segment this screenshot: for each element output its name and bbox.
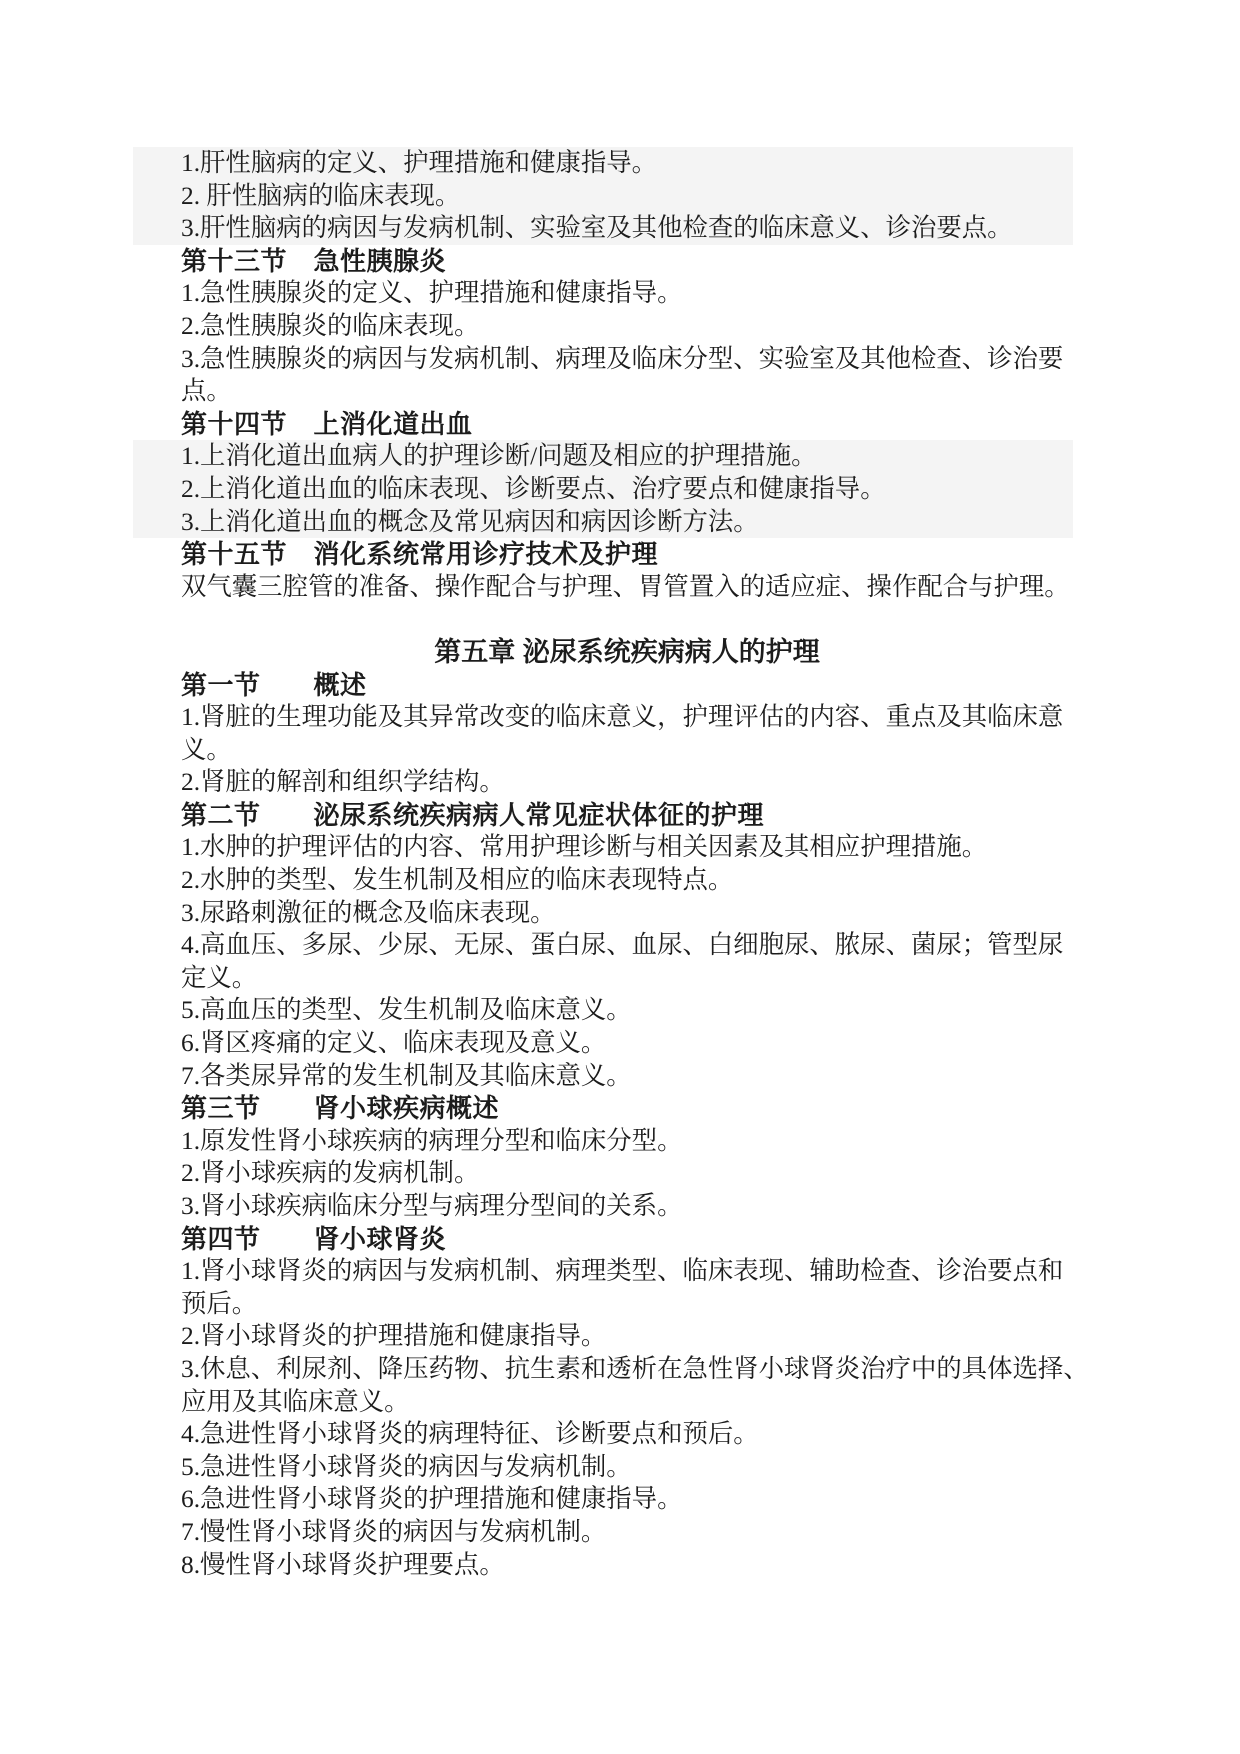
body-line: 1.急性胰腺炎的定义、护理措施和健康指导。 <box>133 277 1073 310</box>
section-heading: 第一节 概述 <box>133 669 1073 702</box>
body-line: 4.急进性肾小球肾炎的病理特征、诊断要点和预后。 <box>133 1418 1073 1451</box>
body-line: 义。 <box>133 734 1073 767</box>
body-line: 3.急性胰腺炎的病因与发病机制、病理及临床分型、实验室及其他检查、诊治要 <box>133 343 1073 376</box>
body-line: 2.肾小球肾炎的护理措施和健康指导。 <box>133 1320 1073 1353</box>
body-line: 3.肝性脑病的病因与发病机制、实验室及其他检查的临床意义、诊治要点。 <box>133 212 1073 245</box>
body-line: 1.肾小球肾炎的病因与发病机制、病理类型、临床表现、辅助检查、诊治要点和 <box>133 1255 1073 1288</box>
body-line: 双气囊三腔管的准备、操作配合与护理、胃管置入的适应症、操作配合与护理。 <box>133 571 1073 604</box>
section-heading: 第三节 肾小球疾病概述 <box>133 1092 1073 1125</box>
section-heading: 第四节 肾小球肾炎 <box>133 1223 1073 1256</box>
body-line: 1.上消化道出血病人的护理诊断/问题及相应的护理措施。 <box>133 440 1073 473</box>
body-line: 2. 肝性脑病的临床表现。 <box>133 180 1073 213</box>
body-line: 2.上消化道出血的临床表现、诊断要点、治疗要点和健康指导。 <box>133 473 1073 506</box>
body-line: 1.肾脏的生理功能及其异常改变的临床意义，护理评估的内容、重点及其临床意 <box>133 701 1073 734</box>
body-line: 3.休息、利尿剂、降压药物、抗生素和透析在急性肾小球肾炎治疗中的具体选择、 <box>133 1353 1073 1386</box>
body-line: 7.各类尿异常的发生机制及其临床意义。 <box>133 1060 1073 1093</box>
body-line: 1.水肿的护理评估的内容、常用护理诊断与相关因素及其相应护理措施。 <box>133 831 1073 864</box>
body-line: 2.急性胰腺炎的临床表现。 <box>133 310 1073 343</box>
document-page: 1.肝性脑病的定义、护理措施和健康指导。2. 肝性脑病的临床表现。3.肝性脑病的… <box>0 0 1240 1754</box>
text-column: 1.肝性脑病的定义、护理措施和健康指导。2. 肝性脑病的临床表现。3.肝性脑病的… <box>133 147 1073 1581</box>
body-line: 2.肾脏的解剖和组织学结构。 <box>133 766 1073 799</box>
body-line: 2.水肿的类型、发生机制及相应的临床表现特点。 <box>133 864 1073 897</box>
body-line: 预后。 <box>133 1288 1073 1321</box>
body-line: 定义。 <box>133 962 1073 995</box>
body-line: 1.原发性肾小球疾病的病理分型和临床分型。 <box>133 1125 1073 1158</box>
body-line: 5.高血压的类型、发生机制及临床意义。 <box>133 994 1073 1027</box>
body-line: 4.高血压、多尿、少尿、无尿、蛋白尿、血尿、白细胞尿、脓尿、菌尿；管型尿 <box>133 929 1073 962</box>
section-heading: 第十四节 上消化道出血 <box>133 408 1073 441</box>
body-line: 3.尿路刺激征的概念及临床表现。 <box>133 897 1073 930</box>
section-heading: 第二节 泌尿系统疾病病人常见症状体征的护理 <box>133 799 1073 832</box>
body-line: 点。 <box>133 375 1073 408</box>
chapter-title: 第五章 泌尿系统疾病病人的护理 <box>133 636 1073 669</box>
body-line: 3.上消化道出血的概念及常见病因和病因诊断方法。 <box>133 506 1073 539</box>
blank-line <box>133 603 1073 636</box>
section-heading: 第十五节 消化系统常用诊疗技术及护理 <box>133 538 1073 571</box>
body-line: 7.慢性肾小球肾炎的病因与发病机制。 <box>133 1516 1073 1549</box>
body-line: 1.肝性脑病的定义、护理措施和健康指导。 <box>133 147 1073 180</box>
body-line: 6.肾区疼痛的定义、临床表现及意义。 <box>133 1027 1073 1060</box>
body-line: 应用及其临床意义。 <box>133 1386 1073 1419</box>
section-heading: 第十三节 急性胰腺炎 <box>133 245 1073 278</box>
body-line: 6.急进性肾小球肾炎的护理措施和健康指导。 <box>133 1483 1073 1516</box>
body-line: 3.肾小球疾病临床分型与病理分型间的关系。 <box>133 1190 1073 1223</box>
body-line: 2.肾小球疾病的发病机制。 <box>133 1157 1073 1190</box>
body-line: 8.慢性肾小球肾炎护理要点。 <box>133 1549 1073 1582</box>
body-line: 5.急进性肾小球肾炎的病因与发病机制。 <box>133 1451 1073 1484</box>
